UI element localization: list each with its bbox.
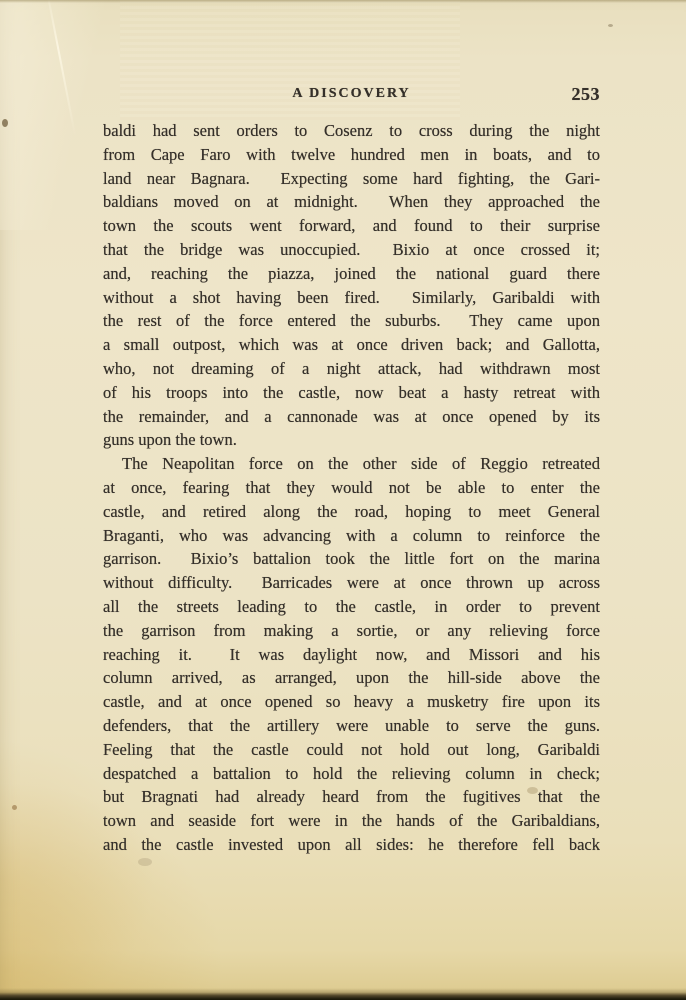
text-line: the rest of the force entered the suburb… <box>103 309 600 333</box>
paper-speck <box>608 24 613 27</box>
paper-speck <box>2 119 8 127</box>
text-line: castle, and retired along the road, hopi… <box>103 500 600 524</box>
text-line: all the streets leading to the castle, i… <box>103 595 600 619</box>
text-line: the remainder, and a cannonade was at on… <box>103 405 600 429</box>
page-number: 253 <box>572 84 601 105</box>
text-line: baldi had sent orders to Cosenz to cross… <box>103 119 600 143</box>
text-line: The Neapolitan force on the other side o… <box>103 452 600 476</box>
book-page-scan: A DISCOVERY 253 baldi had sent orders to… <box>0 0 686 1000</box>
page-header: A DISCOVERY 253 <box>103 84 600 106</box>
text-line: of his troops into the castle, now beat … <box>103 381 600 405</box>
text-block: baldi had sent orders to Cosenz to cross… <box>103 119 600 857</box>
page-top-edge <box>0 0 686 3</box>
text-line: that the bridge was unoccupied. Bixio at… <box>103 238 600 262</box>
text-line: defenders, that the artillery were unabl… <box>103 714 600 738</box>
text-line: baldians moved on at midnight. When they… <box>103 190 600 214</box>
text-line: Braganti, who was advancing with a colum… <box>103 524 600 548</box>
paragraph-1: baldi had sent orders to Cosenz to cross… <box>103 119 600 452</box>
text-line: but Bragnati had already heard from the … <box>103 785 600 809</box>
paper-smudge <box>527 787 538 794</box>
paper-smudge <box>138 858 152 866</box>
text-line: town and seaside fort were in the hands … <box>103 809 600 833</box>
paper-speck <box>12 805 17 810</box>
text-line: who, not dreaming of a night attack, had… <box>103 357 600 381</box>
text-line: without a shot having been fired. Simila… <box>103 286 600 310</box>
text-line: despatched a battalion to hold the relie… <box>103 762 600 786</box>
text-line: land near Bagnara. Expecting some hard f… <box>103 167 600 191</box>
text-line: garrison. Bixio’s battalion took the lit… <box>103 547 600 571</box>
text-line: at once, fearing that they would not be … <box>103 476 600 500</box>
text-line: the garrison from making a sortie, or an… <box>103 619 600 643</box>
page-bottom-edge <box>0 988 686 1000</box>
paragraph-2: The Neapolitan force on the other side o… <box>103 452 600 857</box>
text-line: without difficulty. Barricades were at o… <box>103 571 600 595</box>
text-line: Feeling that the castle could not hold o… <box>103 738 600 762</box>
text-line: column arrived, as arranged, upon the hi… <box>103 666 600 690</box>
text-line: guns upon the town. <box>103 428 600 452</box>
running-title: A DISCOVERY <box>103 86 600 102</box>
text-line: and, reaching the piazza, joined the nat… <box>103 262 600 286</box>
text-line: and the castle invested upon all sides: … <box>103 833 600 857</box>
text-line: reaching it. It was daylight now, and Mi… <box>103 643 600 667</box>
text-line: castle, and at once opened so heavy a mu… <box>103 690 600 714</box>
text-line: a small outpost, which was at once drive… <box>103 333 600 357</box>
text-line: town the scouts went forward, and found … <box>103 214 600 238</box>
text-line: from Cape Faro with twelve hundred men i… <box>103 143 600 167</box>
